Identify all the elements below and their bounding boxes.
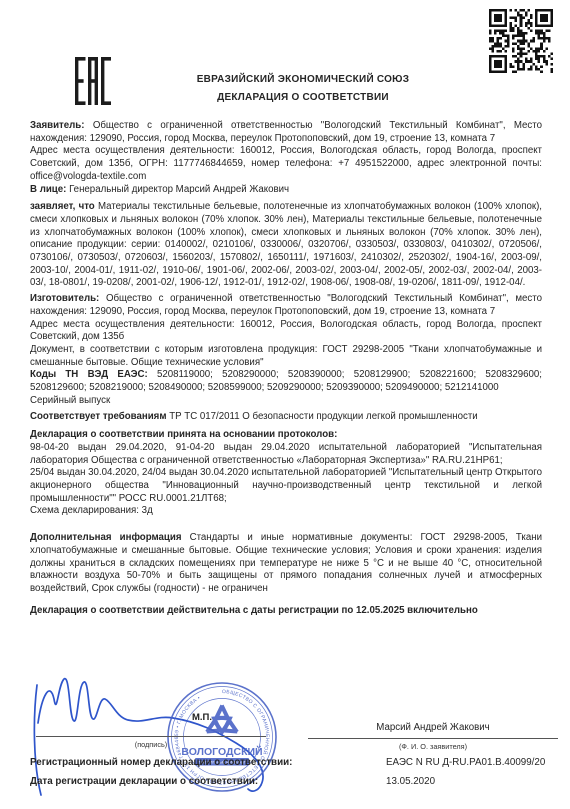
paragraph-tnved-codes: Коды ТН ВЭД ЕАЭС: 5208119000; 5208290000…: [30, 369, 542, 394]
paragraph-lead: В лице:: [30, 184, 66, 195]
paragraph-text: 98-04-20 выдан 29.04.2020, 91-04-20 выда…: [30, 442, 542, 466]
registration-date-row: Дата регистрации декларации о соответств…: [30, 776, 558, 787]
paragraph-declares: заявляет, что Материалы текстильные бель…: [30, 201, 542, 290]
union-title: ЕВРАЗИЙСКИЙ ЭКОНОМИЧЕСКИЙ СОЮЗ: [36, 74, 570, 85]
paragraph-text: Общество с ограниченной ответственностью…: [30, 120, 542, 144]
paragraph-text: ТР ТС 017/2011 О безопасности продукции …: [169, 411, 477, 422]
paragraph-lead: Декларация о соответствии принята на осн…: [30, 429, 337, 440]
paragraph-lead: Коды ТН ВЭД ЕАЭС:: [30, 369, 148, 380]
paragraph-manufacturer: Изготовитель: Общество с ограниченной от…: [30, 293, 542, 318]
paragraph-text: Адрес места осуществления деятельности: …: [30, 145, 542, 181]
registration-number-row: Регистрационный номер декларации о соотв…: [30, 757, 558, 768]
paragraph-declaration-scheme: Схема декларирования: 3д: [30, 505, 542, 518]
paragraph-serial-release: Серийный выпуск: [30, 395, 542, 408]
signature-line: [36, 736, 266, 737]
paragraph-product-document: Документ, в соответствии с которым изгот…: [30, 344, 542, 369]
registration-date-value: 13.05.2020: [386, 776, 435, 787]
document-title: ЕВРАЗИЙСКИЙ ЭКОНОМИЧЕСКИЙ СОЮЗ ДЕКЛАРАЦИ…: [36, 74, 570, 103]
paragraph-manufacturer-address: Адрес места осуществления деятельности: …: [30, 319, 542, 344]
paragraph-lead: Декларация о соответствии действительна …: [30, 605, 478, 616]
paragraph-applicant-address: Адрес места осуществления деятельности: …: [30, 145, 542, 183]
paragraph-protocols-1: 98-04-20 выдан 29.04.2020, 91-04-20 выда…: [30, 442, 542, 467]
paragraph-text: Серийный выпуск: [30, 395, 110, 406]
applicant-name: Марсий Андрей Жакович: [308, 722, 558, 733]
paragraph-text: Адрес места осуществления деятельности: …: [30, 319, 542, 343]
paragraph-lead: Изготовитель:: [30, 293, 99, 304]
paragraph-lead: Заявитель:: [30, 120, 85, 131]
paragraph-protocols-header: Декларация о соответствии принята на осн…: [30, 429, 542, 442]
declaration-title: ДЕКЛАРАЦИЯ О СООТВЕТСТВИИ: [36, 92, 570, 103]
signature-caption: (подпись): [36, 740, 266, 749]
paragraph-text: Материалы текстильные бельевые, полотене…: [30, 201, 542, 288]
paragraph-validity: Декларация о соответствии действительна …: [30, 605, 542, 618]
registration-date-label: Дата регистрации декларации о соответств…: [30, 776, 386, 787]
paragraph-additional-info: Дополнительная информация Стандарты и ин…: [30, 532, 542, 596]
name-caption: (Ф. И. О. заявителя): [308, 742, 558, 751]
name-line: [308, 738, 558, 739]
registration-number-label: Регистрационный номер декларации о соотв…: [30, 757, 386, 768]
document-body: Заявитель: Общество с ограниченной ответ…: [30, 120, 542, 617]
paragraph-text: 25/04 выдан 30.04.2020, 24/04 выдан 30.0…: [30, 467, 542, 503]
paragraph-text: Генеральный директор Марсий Андрей Жаков…: [69, 184, 289, 195]
paragraph-complies: Соответствует требованиям ТР ТС 017/2011…: [30, 411, 542, 424]
qr-code: [488, 9, 554, 73]
paragraph-text: Общество с ограниченной ответственностью…: [30, 293, 542, 317]
paragraph-lead: заявляет, что: [30, 201, 95, 212]
paragraph-applicant: Заявитель: Общество с ограниченной ответ…: [30, 120, 542, 145]
registration-number-value: ЕАЭС N RU Д-RU.РА01.В.40099/20: [386, 757, 545, 768]
paragraph-protocols-2: 25/04 выдан 30.04.2020, 24/04 выдан 30.0…: [30, 467, 542, 505]
paragraph-text: Схема декларирования: 3д: [30, 505, 153, 516]
paragraph-represented-by: В лице: Генеральный директор Марсий Андр…: [30, 184, 542, 197]
stamp-place-label: М.П.: [192, 712, 212, 723]
paragraph-lead: Соответствует требованиям: [30, 411, 167, 422]
paragraph-text: Документ, в соответствии с которым изгот…: [30, 344, 542, 368]
declaration-document: ЕВРАЗИЙСКИЙ ЭКОНОМИЧЕСКИЙ СОЮЗ ДЕКЛАРАЦИ…: [0, 0, 570, 809]
paragraph-lead: Дополнительная информация: [30, 532, 182, 543]
